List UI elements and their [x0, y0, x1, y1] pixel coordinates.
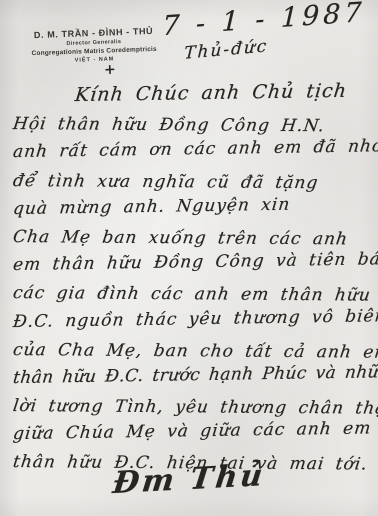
letterhead: D. M. TRẦN - ĐÌNH - THỦ Director General…: [15, 25, 172, 65]
letter-line: quà mừng anh. Nguyện xin: [11, 189, 370, 223]
letter-body: Kính Chúc anh Chủ tịch Hội thân hữu Đồng…: [13, 82, 369, 477]
letter-line: thân hữu Đ.C. trước hạnh Phúc và những: [11, 358, 370, 392]
cross-mark: +: [104, 62, 117, 79]
letter-line: giữa Chúa Mẹ và giữa các anh em: [11, 415, 370, 449]
letter-line: em thân hữu Đồng Công và tiên bái cả: [11, 246, 370, 280]
letter-line: Kính Chúc anh Chủ tịch: [11, 76, 370, 110]
letter-line: anh rất cám ơn các anh em đã nhớ: [11, 133, 370, 167]
letter-line: Đ.C. nguồn thác yêu thương vô biên: [11, 302, 370, 336]
scanned-letter-page: D. M. TRẦN - ĐÌNH - THỦ Director General…: [0, 0, 378, 516]
handwritten-place: Thủ-đức: [184, 36, 269, 64]
